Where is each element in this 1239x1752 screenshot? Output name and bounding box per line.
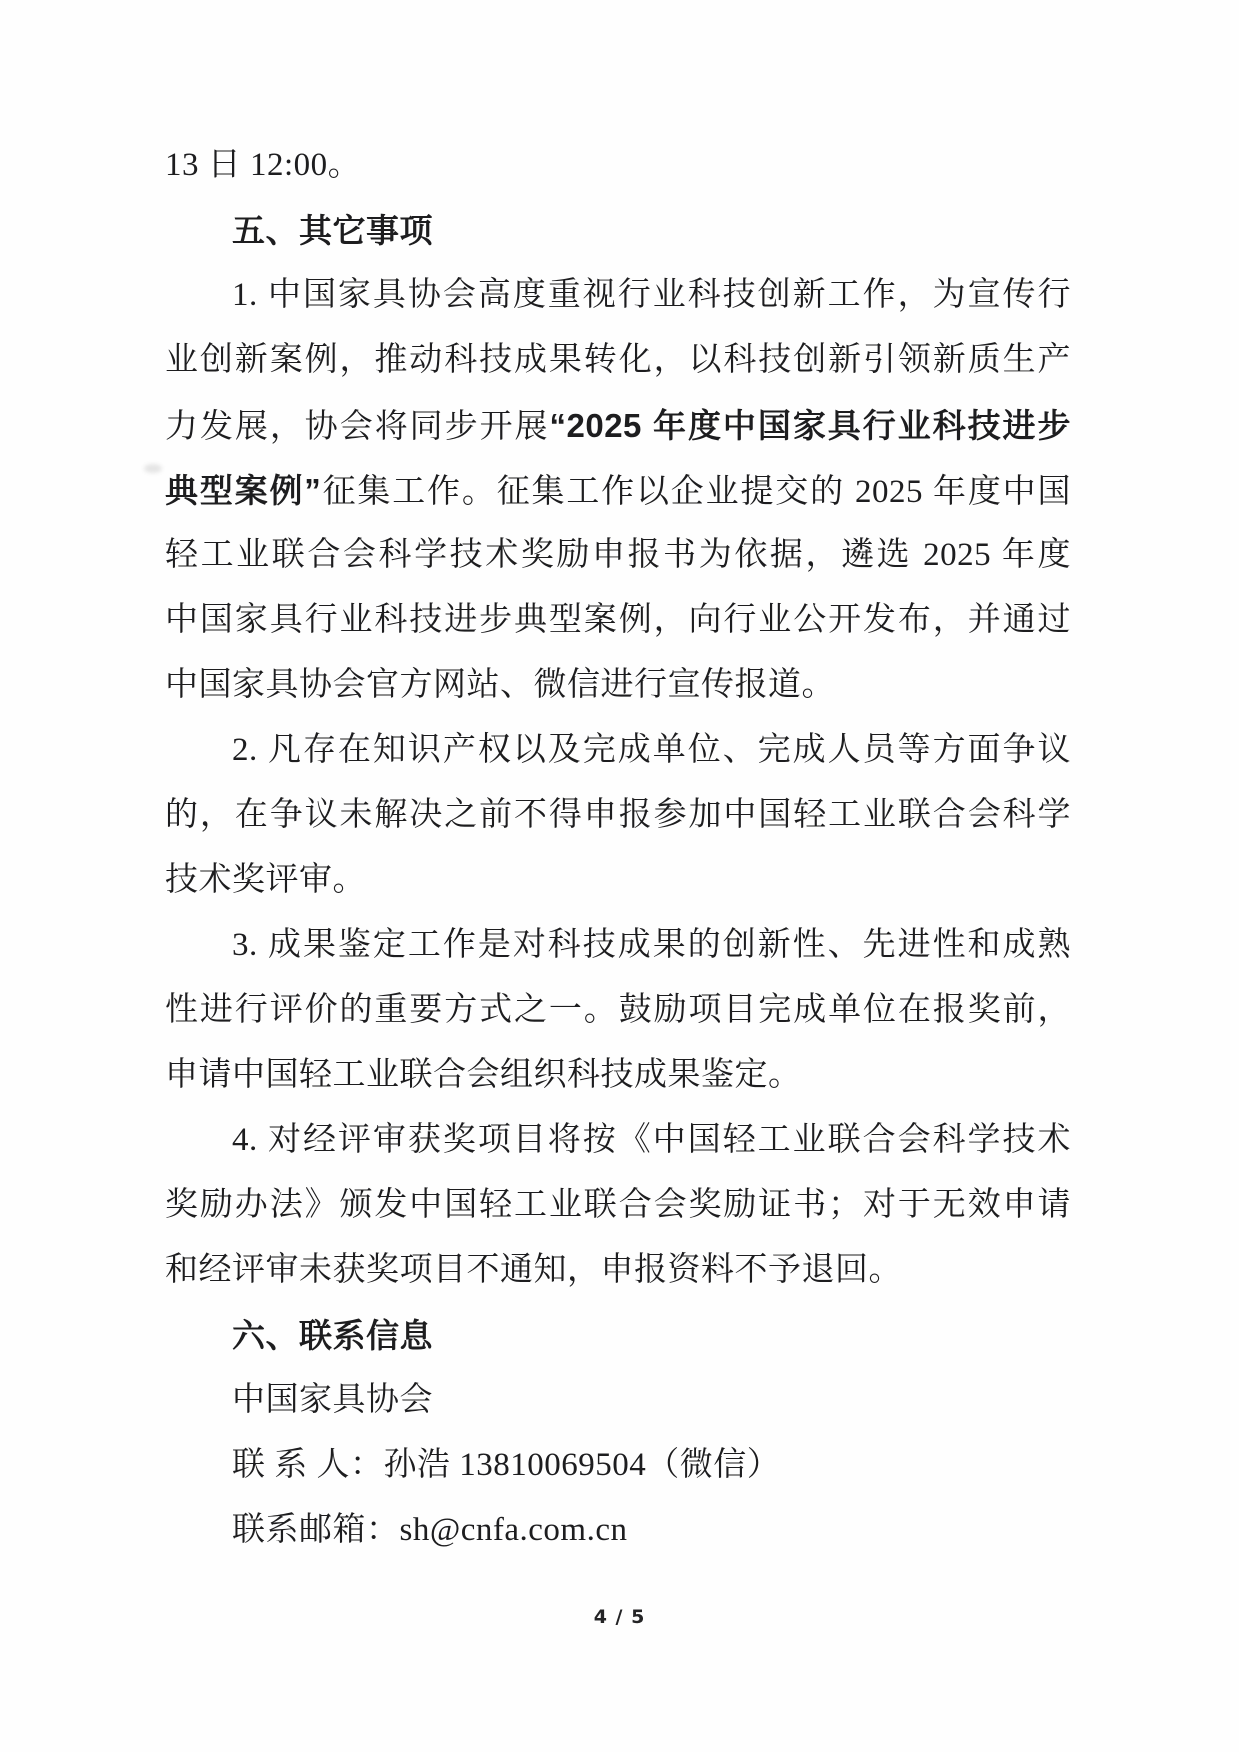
item3-line2: 性进行评价的重要方式之一。鼓励项目完成单位在报奖前，: [165, 978, 1071, 1043]
item1-line7: 中国家具协会官方网站、微信进行宣传报道。: [165, 653, 1071, 718]
page-number: 4 / 5: [0, 1606, 1239, 1628]
item1-line3: 力发展，协会将同步开展“2025 年度中国家具行业科技进步: [165, 393, 1071, 458]
contact-person: 联 系 人：孙浩 13810069504（微信）: [165, 1433, 1071, 1498]
bold-emphasis-text: 典型案例”: [165, 472, 321, 509]
body-text: 联 系 人：孙浩 13810069504（微信）: [232, 1447, 780, 1483]
datetime-continuation-line: 13 日 12:00。: [165, 133, 1071, 198]
body-text: 联系邮箱：sh@cnfa.com.cn: [232, 1512, 627, 1548]
item1-line4: 典型案例”征集工作。征集工作以企业提交的 2025 年度中国: [165, 458, 1071, 523]
section-heading-other-matters: 五、其它事项: [165, 198, 1071, 263]
item4-line3: 和经评审未获奖项目不通知，申报资料不予退回。: [165, 1238, 1071, 1303]
body-text: 3. 成果鉴定工作是对科技成果的创新性、先进性和成熟: [232, 927, 1071, 963]
body-text: 申请中国轻工业联合会组织科技成果鉴定。: [165, 1057, 802, 1093]
item1-line2: 业创新案例，推动科技成果转化，以科技创新引领新质生产: [165, 328, 1071, 393]
item2-line2: 的，在争议未解决之前不得申报参加中国轻工业联合会科学: [165, 783, 1071, 848]
item1-line5: 轻工业联合会科学技术奖励申报书为依据，遴选 2025 年度: [165, 523, 1071, 588]
body-text: 力发展，协会将同步开展: [165, 409, 549, 445]
item2-line3: 技术奖评审。: [165, 848, 1071, 913]
item1-line6: 中国家具行业科技进步典型案例，向行业公开发布，并通过: [165, 588, 1071, 653]
section-heading-contact-info: 六、联系信息: [165, 1303, 1071, 1368]
body-text: 和经评审未获奖项目不通知，申报资料不予退回。: [165, 1252, 902, 1288]
body-text: 1. 中国家具协会高度重视行业科技创新工作，为宣传行: [232, 277, 1071, 313]
document-page: 13 日 12:00。五、其它事项1. 中国家具协会高度重视行业科技创新工作，为…: [0, 0, 1239, 1752]
body-text: 中国家具协会: [232, 1382, 433, 1418]
body-text: 性进行评价的重要方式之一。鼓励项目完成单位在报奖前，: [165, 992, 1071, 1028]
contact-email: 联系邮箱：sh@cnfa.com.cn: [165, 1498, 1071, 1563]
body-text: 4. 对经评审获奖项目将按《中国轻工业联合会科学技术: [232, 1122, 1071, 1158]
body-text: 技术奖评审。: [165, 862, 366, 898]
body-text: 13 日 12:00。: [165, 147, 361, 183]
body-text: 2. 凡存在知识产权以及完成单位、完成人员等方面争议: [232, 732, 1071, 768]
scan-artifact: [144, 464, 162, 473]
item1-line1: 1. 中国家具协会高度重视行业科技创新工作，为宣传行: [165, 263, 1071, 328]
bold-emphasis-text: “2025 年度中国家具行业科技进步: [549, 407, 1071, 444]
item4-line2: 奖励办法》颁发中国轻工业联合会奖励证书；对于无效申请: [165, 1173, 1071, 1238]
body-text: 奖励办法》颁发中国轻工业联合会奖励证书；对于无效申请: [165, 1187, 1071, 1223]
body-text: 业创新案例，推动科技成果转化，以科技创新引领新质生产: [165, 342, 1071, 378]
body-text: 中国家具协会官方网站、微信进行宣传报道。: [165, 667, 835, 703]
item3-line3: 申请中国轻工业联合会组织科技成果鉴定。: [165, 1043, 1071, 1108]
item2-line1: 2. 凡存在知识产权以及完成单位、完成人员等方面争议: [165, 718, 1071, 783]
document-body: 13 日 12:00。五、其它事项1. 中国家具协会高度重视行业科技创新工作，为…: [165, 133, 1071, 1563]
contact-organization: 中国家具协会: [165, 1368, 1071, 1433]
body-text: 中国家具行业科技进步典型案例，向行业公开发布，并通过: [165, 602, 1071, 638]
item4-line1: 4. 对经评审获奖项目将按《中国轻工业联合会科学技术: [165, 1108, 1071, 1173]
body-text: 的，在争议未解决之前不得申报参加中国轻工业联合会科学: [165, 797, 1071, 833]
bold-emphasis-text: 六、联系信息: [232, 1317, 433, 1354]
body-text: 轻工业联合会科学技术奖励申报书为依据，遴选 2025 年度: [165, 537, 1071, 573]
body-text: 征集工作。征集工作以企业提交的 2025 年度中国: [321, 474, 1071, 510]
item3-line1: 3. 成果鉴定工作是对科技成果的创新性、先进性和成熟: [165, 913, 1071, 978]
bold-emphasis-text: 五、其它事项: [232, 212, 433, 249]
